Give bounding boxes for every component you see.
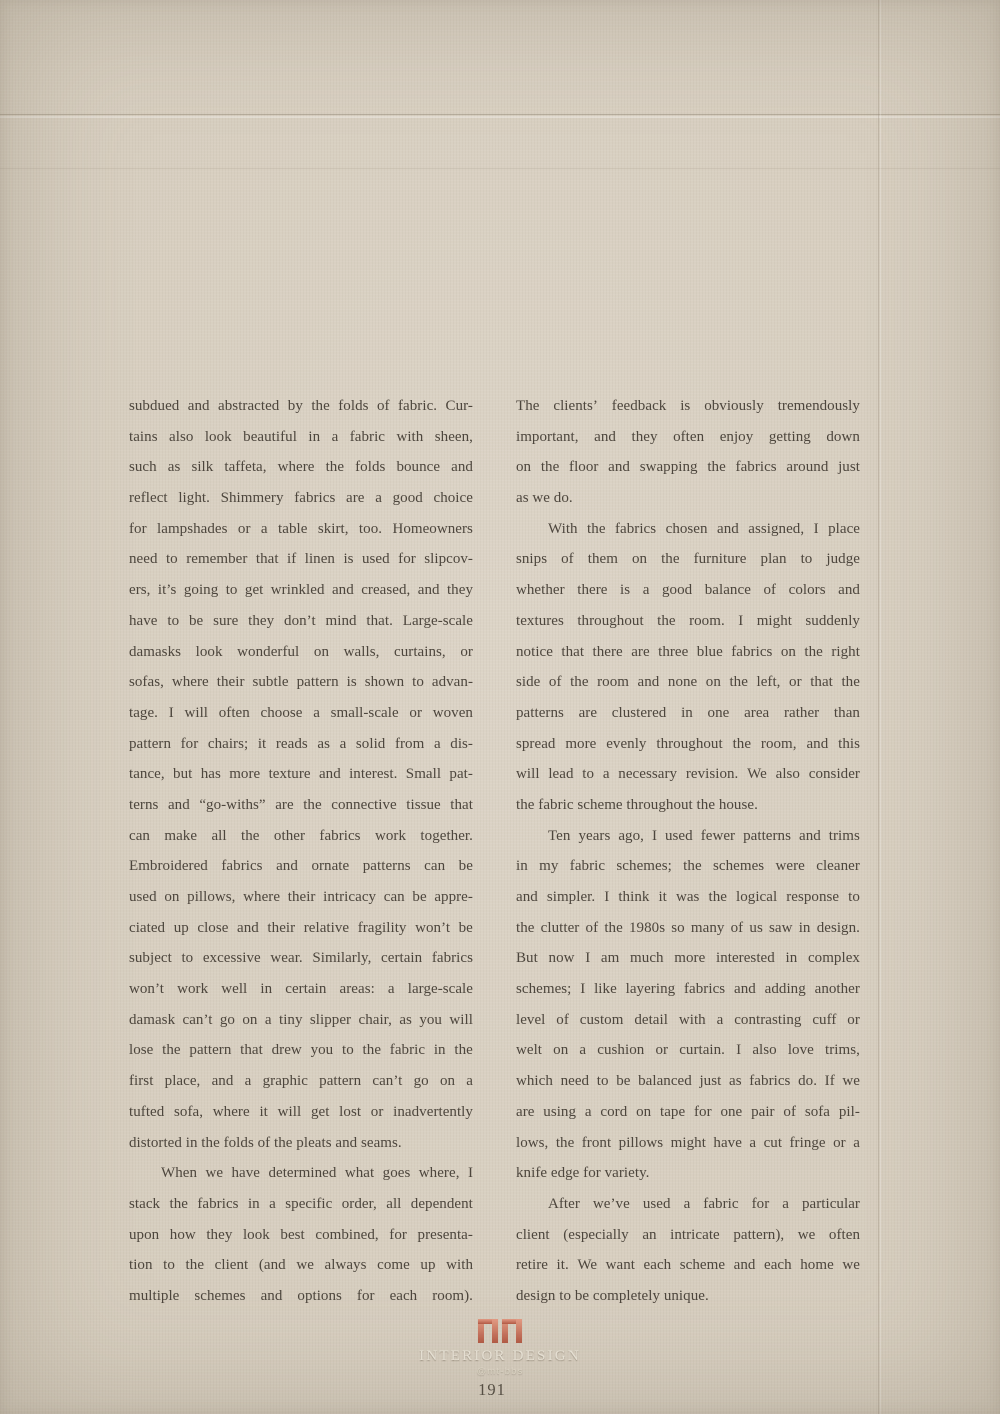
text-line: tuftedsofa,whereitwillgetlostorinadverte…: [129, 1104, 473, 1135]
text-line: losethepatternthatdrewyoutothefabricinth…: [129, 1042, 473, 1073]
text-line: ButnowIammuchmoreinterestedincomplex: [516, 950, 860, 981]
text-line: theclutterofthe1980ssomanyofussawindesig…: [516, 920, 860, 951]
text-line: tage.Iwilloftenchooseasmall-scaleorwoven: [129, 705, 473, 736]
text-line: Embroideredfabricsandornatepatternscanbe: [129, 858, 473, 889]
text-line: Withthefabricschosenandassigned,Iplace: [516, 521, 860, 552]
paper-fold-line-vertical: [878, 0, 879, 1414]
text-line: texturesthroughouttheroom.Imightsuddenly: [516, 613, 860, 644]
text-line: Whenwehavedeterminedwhatgoeswhere,I: [129, 1165, 473, 1196]
watermark-title: INTERIOR DESIGN: [0, 1348, 1000, 1365]
text-line: ternsand“go-withs”aretheconnectivetissue…: [129, 797, 473, 828]
text-line: tiontotheclient(andwealwayscomeupwith: [129, 1257, 473, 1288]
text-line: reflectlight.Shimmeryfabricsareagoodchoi…: [129, 490, 473, 521]
text-line: forlampshadesoratableskirt,too.Homeowner…: [129, 521, 473, 552]
text-line: canmakealltheotherfabricsworktogether.: [129, 828, 473, 859]
paper-fold-highlight-horizontal: [0, 116, 1000, 118]
text-line: important,andtheyoftenenjoygettingdown: [516, 429, 860, 460]
text-line: snipsofthemonthefurnitureplantojudge: [516, 551, 860, 582]
text-line: needtorememberthatiflinenisusedforslipco…: [129, 551, 473, 582]
mt-bbs-logo-icon: [477, 1318, 523, 1344]
text-line: as we do.: [516, 490, 860, 521]
book-page: { "page": { "number": "191", "background…: [0, 0, 1000, 1414]
text-line: distorted in the folds of the pleats and…: [129, 1135, 473, 1166]
text-line: inmyfabricschemes;theschemeswerecleaner: [516, 858, 860, 889]
text-line: spreadmoreevenlythroughouttheroom,andthi…: [516, 736, 860, 767]
text-line: uponhowtheylookbestcombined,forpresenta-: [129, 1227, 473, 1258]
text-line: retireit.Wewanteachschemeandeachhomewe: [516, 1257, 860, 1288]
text-line: Theclients’feedbackisobviouslytremendous…: [516, 398, 860, 429]
text-line: whichneedtobebalancedjustasfabricsdo.Ifw…: [516, 1073, 860, 1104]
text-line: havetobesuretheydon’tmindthat.Large-scal…: [129, 613, 473, 644]
text-line: tance,buthasmoretextureandinterest.Small…: [129, 766, 473, 797]
text-line: levelofcustomdetailwithacontrastingcuffo…: [516, 1012, 860, 1043]
text-line: subduedandabstractedbythefoldsoffabric.C…: [129, 398, 473, 429]
text-line: patternforchairs;itreadsasasolidfromadis…: [129, 736, 473, 767]
text-line: suchassilktaffeta,wherethefoldsbounceand: [129, 459, 473, 490]
text-line: design to be completely unique.: [516, 1288, 860, 1319]
text-line: damaskcan’tgoonatinyslipperchair,asyouwi…: [129, 1012, 473, 1043]
text-column-left: subduedandabstractedbythefoldsoffabric.C…: [129, 398, 473, 1319]
text-line: patternsareclusteredinonearearatherthan: [516, 705, 860, 736]
text-line: tainsalsolookbeautifulinafabricwithsheen…: [129, 429, 473, 460]
text-line: usedonpillows,wheretheirintricacycanbeap…: [129, 889, 473, 920]
text-line: areusingacordontapeforonepairofsofapil-: [516, 1104, 860, 1135]
text-line: onthefloorandswappingthefabricsaroundjus…: [516, 459, 860, 490]
text-line: schemes;Ilikelayeringfabricsandaddingano…: [516, 981, 860, 1012]
text-line: whetherthereisagoodbalanceofcolorsand: [516, 582, 860, 613]
page-number: 191: [0, 1380, 984, 1400]
paper-fold-line-horizontal: [0, 114, 1000, 115]
text-line: noticethattherearethreebluefabricsonther…: [516, 644, 860, 675]
text-column-right: Theclients’feedbackisobviouslytremendous…: [516, 398, 860, 1319]
text-line: Tenyearsago,Iusedfewerpatternsandtrims: [516, 828, 860, 859]
text-line: client(especiallyanintricatepattern),weo…: [516, 1227, 860, 1258]
text-line: firstplace,andagraphicpatterncan’tgoona: [129, 1073, 473, 1104]
watermark: INTERIOR DESIGN @mt-bbs: [0, 1318, 1000, 1377]
text-line: subjecttoexcessivewear.Similarly,certain…: [129, 950, 473, 981]
text-line: damaskslookwonderfulonwalls,curtains,or: [129, 644, 473, 675]
watermark-subtitle: @mt-bbs: [0, 1366, 1000, 1377]
text-line: sideoftheroomandnoneontheleft,orthatthe: [516, 674, 860, 705]
text-line: won’tworkwellincertainareas:alarge-scale: [129, 981, 473, 1012]
text-line: stackthefabricsinaspecificorder,alldepen…: [129, 1196, 473, 1227]
text-line: andsimpler.Ithinkitwasthelogicalresponse…: [516, 889, 860, 920]
text-line: the fabric scheme throughout the house.: [516, 797, 860, 828]
text-line: sofas,wheretheirsubtlepatternisshowntoad…: [129, 674, 473, 705]
text-line: ers,it’sgoingtogetwrinkledandcreased,and…: [129, 582, 473, 613]
text-line: ciatedupcloseandtheirrelativefragilitywo…: [129, 920, 473, 951]
text-line: multipleschemesandoptionsforeachroom).: [129, 1288, 473, 1319]
text-line: weltonacushionorcurtain.Ialsolovetrims,: [516, 1042, 860, 1073]
text-line: willleadtoanecessaryrevision.Wealsoconsi…: [516, 766, 860, 797]
text-line: knife edge for variety.: [516, 1165, 860, 1196]
paper-fold-highlight-vertical: [880, 0, 881, 1414]
text-line: Afterwe’veusedafabricforaparticular: [516, 1196, 860, 1227]
paper-crease-line: [0, 168, 1000, 169]
text-line: lows,thefrontpillowsmighthaveacutfringeo…: [516, 1135, 860, 1166]
